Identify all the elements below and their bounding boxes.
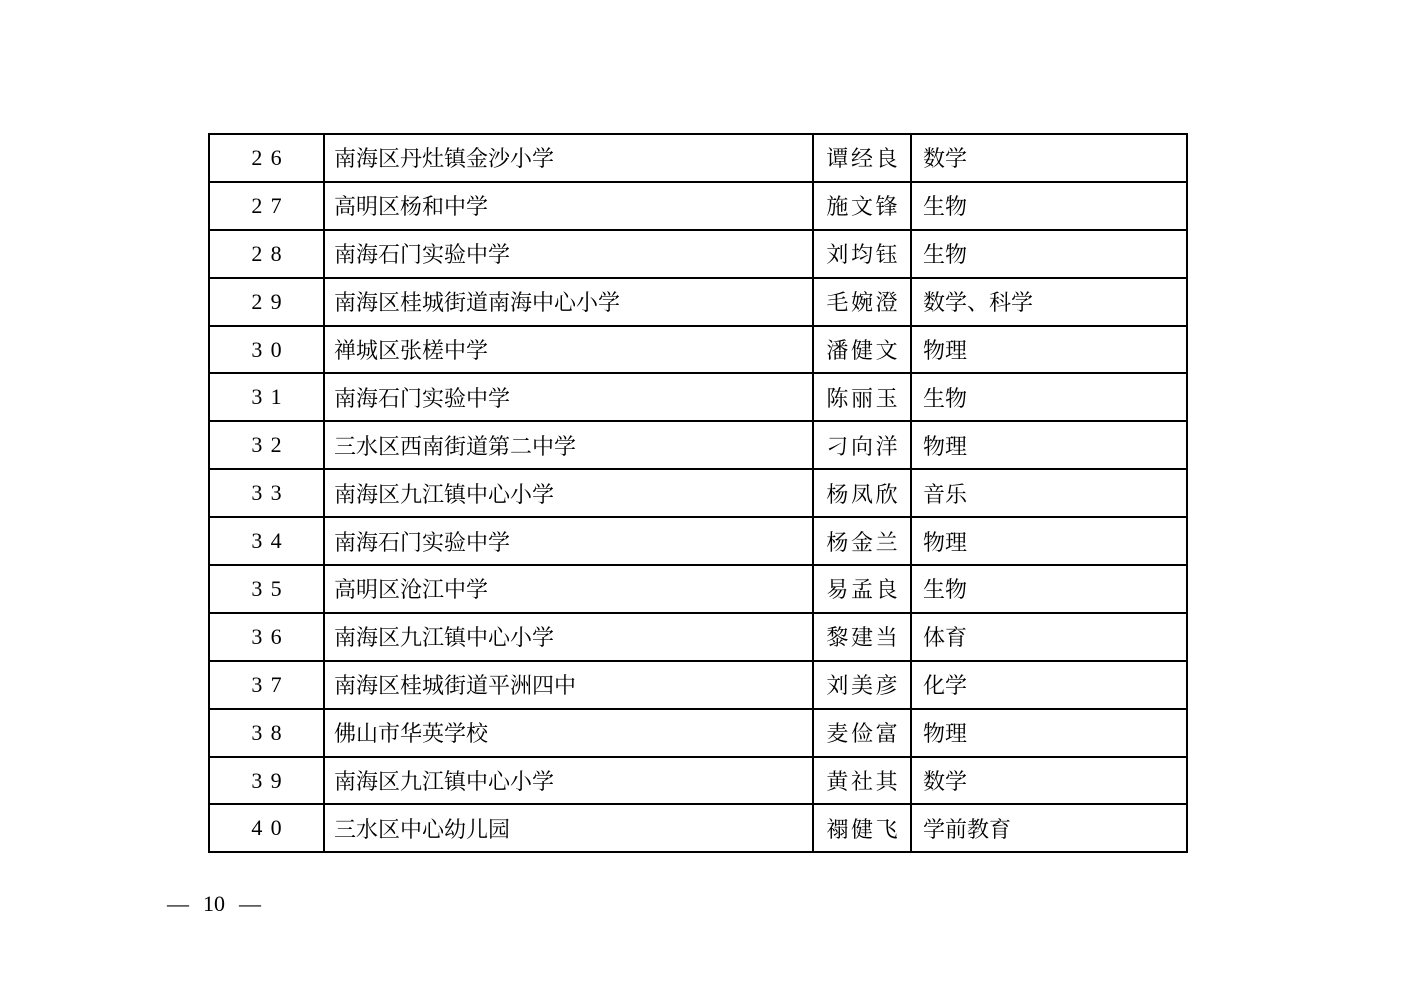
teacher-name: 施文锋: [813, 182, 911, 230]
school-name: 南海石门实验中学: [324, 373, 813, 421]
table-row: 39 南海区九江镇中心小学 黄社其 数学: [209, 757, 1187, 805]
table-row: 35 高明区沧江中学 易孟良 生物: [209, 565, 1187, 613]
row-serial-number: 27: [209, 182, 324, 230]
school-name: 南海区九江镇中心小学: [324, 613, 813, 661]
table-row: 33 南海区九江镇中心小学 杨凤欣 音乐: [209, 469, 1187, 517]
subject: 物理: [911, 517, 1187, 565]
school-name: 南海区桂城街道南海中心小学: [324, 278, 813, 326]
subject: 体育: [911, 613, 1187, 661]
school-name: 南海石门实验中学: [324, 230, 813, 278]
row-serial-number: 37: [209, 661, 324, 709]
subject: 化学: [911, 661, 1187, 709]
teacher-name: 刘美彦: [813, 661, 911, 709]
school-name: 禅城区张槎中学: [324, 326, 813, 374]
subject: 数学: [911, 134, 1187, 182]
table-row: 29 南海区桂城街道南海中心小学 毛婉澄 数学、科学: [209, 278, 1187, 326]
row-serial-number: 40: [209, 804, 324, 852]
row-serial-number: 36: [209, 613, 324, 661]
row-serial-number: 26: [209, 134, 324, 182]
table-row: 38 佛山市华英学校 麦俭富 物理: [209, 709, 1187, 757]
school-name: 南海石门实验中学: [324, 517, 813, 565]
teacher-name: 黄社其: [813, 757, 911, 805]
school-name: 佛山市华英学校: [324, 709, 813, 757]
table-row: 26 南海区丹灶镇金沙小学 谭经良 数学: [209, 134, 1187, 182]
school-name: 高明区杨和中学: [324, 182, 813, 230]
subject: 音乐: [911, 469, 1187, 517]
teacher-name: 杨金兰: [813, 517, 911, 565]
subject: 物理: [911, 421, 1187, 469]
teacher-name: 杨凤欣: [813, 469, 911, 517]
page-footer: — 10 —: [167, 891, 261, 917]
row-serial-number: 32: [209, 421, 324, 469]
row-serial-number: 28: [209, 230, 324, 278]
table-row: 34 南海石门实验中学 杨金兰 物理: [209, 517, 1187, 565]
teacher-name: 刁向洋: [813, 421, 911, 469]
row-serial-number: 30: [209, 326, 324, 374]
table-row: 31 南海石门实验中学 陈丽玉 生物: [209, 373, 1187, 421]
subject: 物理: [911, 709, 1187, 757]
row-serial-number: 34: [209, 517, 324, 565]
subject: 学前教育: [911, 804, 1187, 852]
school-name: 三水区中心幼儿园: [324, 804, 813, 852]
table-row: 27 高明区杨和中学 施文锋 生物: [209, 182, 1187, 230]
subject: 生物: [911, 182, 1187, 230]
teacher-name: 黎建当: [813, 613, 911, 661]
subject: 生物: [911, 565, 1187, 613]
row-serial-number: 29: [209, 278, 324, 326]
document-page: 26 南海区丹灶镇金沙小学 谭经良 数学 27 高明区杨和中学 施文锋 生物 2…: [0, 0, 1403, 992]
teacher-name: 陈丽玉: [813, 373, 911, 421]
footer-dash-right: —: [239, 891, 261, 917]
school-name: 南海区九江镇中心小学: [324, 757, 813, 805]
table-row: 30 禅城区张槎中学 潘健文 物理: [209, 326, 1187, 374]
teacher-name: 谭经良: [813, 134, 911, 182]
school-name: 南海区丹灶镇金沙小学: [324, 134, 813, 182]
teacher-name: 毛婉澄: [813, 278, 911, 326]
teacher-name: 禤健飞: [813, 804, 911, 852]
subject: 数学、科学: [911, 278, 1187, 326]
row-serial-number: 31: [209, 373, 324, 421]
table-row: 32 三水区西南街道第二中学 刁向洋 物理: [209, 421, 1187, 469]
subject: 生物: [911, 230, 1187, 278]
row-serial-number: 33: [209, 469, 324, 517]
subject: 数学: [911, 757, 1187, 805]
school-name: 南海区九江镇中心小学: [324, 469, 813, 517]
row-serial-number: 39: [209, 757, 324, 805]
teacher-name: 易孟良: [813, 565, 911, 613]
row-serial-number: 38: [209, 709, 324, 757]
school-name: 南海区桂城街道平洲四中: [324, 661, 813, 709]
subject: 物理: [911, 326, 1187, 374]
subject: 生物: [911, 373, 1187, 421]
teacher-name: 麦俭富: [813, 709, 911, 757]
teacher-name: 潘健文: [813, 326, 911, 374]
teacher-list-table: 26 南海区丹灶镇金沙小学 谭经良 数学 27 高明区杨和中学 施文锋 生物 2…: [208, 133, 1188, 853]
page-number: 10: [203, 891, 225, 917]
row-serial-number: 35: [209, 565, 324, 613]
table-row: 36 南海区九江镇中心小学 黎建当 体育: [209, 613, 1187, 661]
teacher-name: 刘均钰: [813, 230, 911, 278]
table-row: 37 南海区桂城街道平洲四中 刘美彦 化学: [209, 661, 1187, 709]
school-name: 三水区西南街道第二中学: [324, 421, 813, 469]
school-name: 高明区沧江中学: [324, 565, 813, 613]
table-row: 28 南海石门实验中学 刘均钰 生物: [209, 230, 1187, 278]
table-row: 40 三水区中心幼儿园 禤健飞 学前教育: [209, 804, 1187, 852]
footer-dash-left: —: [167, 891, 189, 917]
